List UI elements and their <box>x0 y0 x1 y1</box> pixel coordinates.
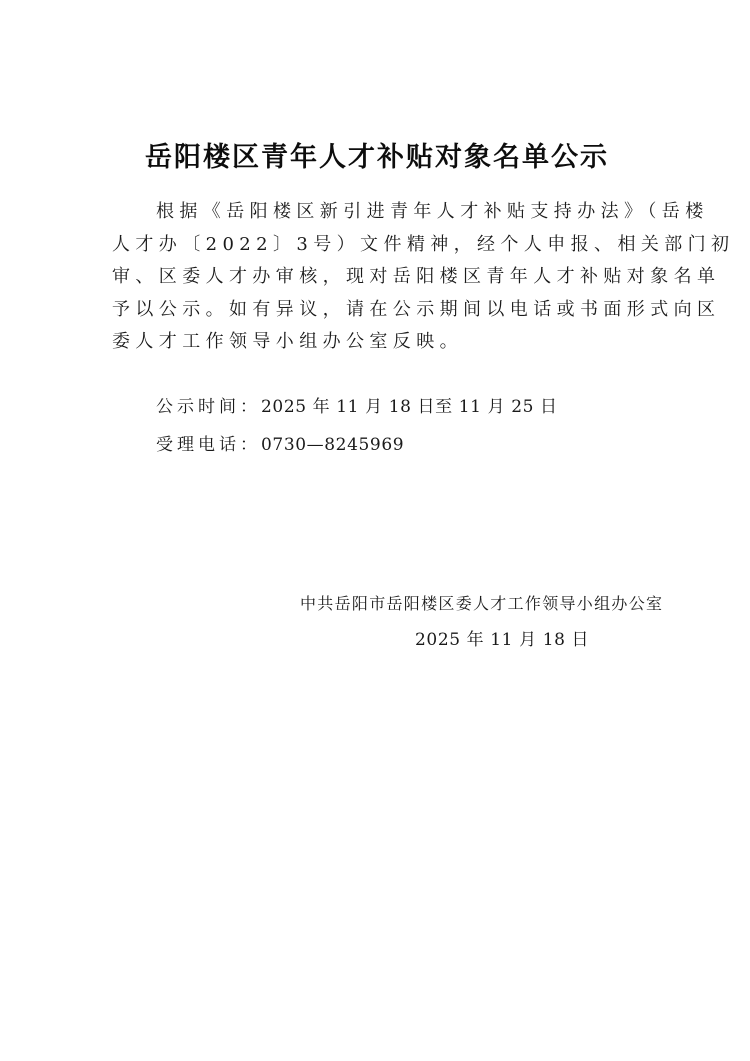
document-title: 岳阳楼区青年人才补贴对象名单公示 <box>2 140 750 176</box>
signature-organization: 中共岳阳市岳阳楼区委人才工作领导小组办公室 <box>300 592 663 616</box>
notice-body: 根据《岳阳楼区新引进青年人才补贴支持办法》（岳楼 人才办〔2022〕3号）文件精… <box>112 196 637 359</box>
hotline-label: 受理电话： <box>156 435 261 455</box>
body-line-4: 予以公示。如有异议，请在公示期间以电话或书面形式向区 <box>112 294 637 327</box>
body-line-1: 根据《岳阳楼区新引进青年人才补贴支持办法》（岳楼 <box>112 196 637 229</box>
publicity-period: 公示时间：2025 年 11 月 18 日至 11 月 25 日 <box>156 395 558 419</box>
body-line-2: 人才办〔2022〕3号）文件精神，经个人申报、相关部门初 <box>112 229 637 262</box>
publicity-period-value: 2025 年 11 月 18 日至 11 月 25 日 <box>261 397 558 417</box>
body-line-3: 审、区委人才办审核，现对岳阳楼区青年人才补贴对象名单 <box>112 261 637 294</box>
hotline-value: 0730—8245969 <box>261 435 404 455</box>
signature-date: 2025 年 11 月 18 日 <box>415 628 589 652</box>
publicity-period-label: 公示时间： <box>156 397 261 417</box>
body-line-5: 委人才工作领导小组办公室反映。 <box>112 326 637 359</box>
hotline: 受理电话：0730—8245969 <box>156 433 404 457</box>
